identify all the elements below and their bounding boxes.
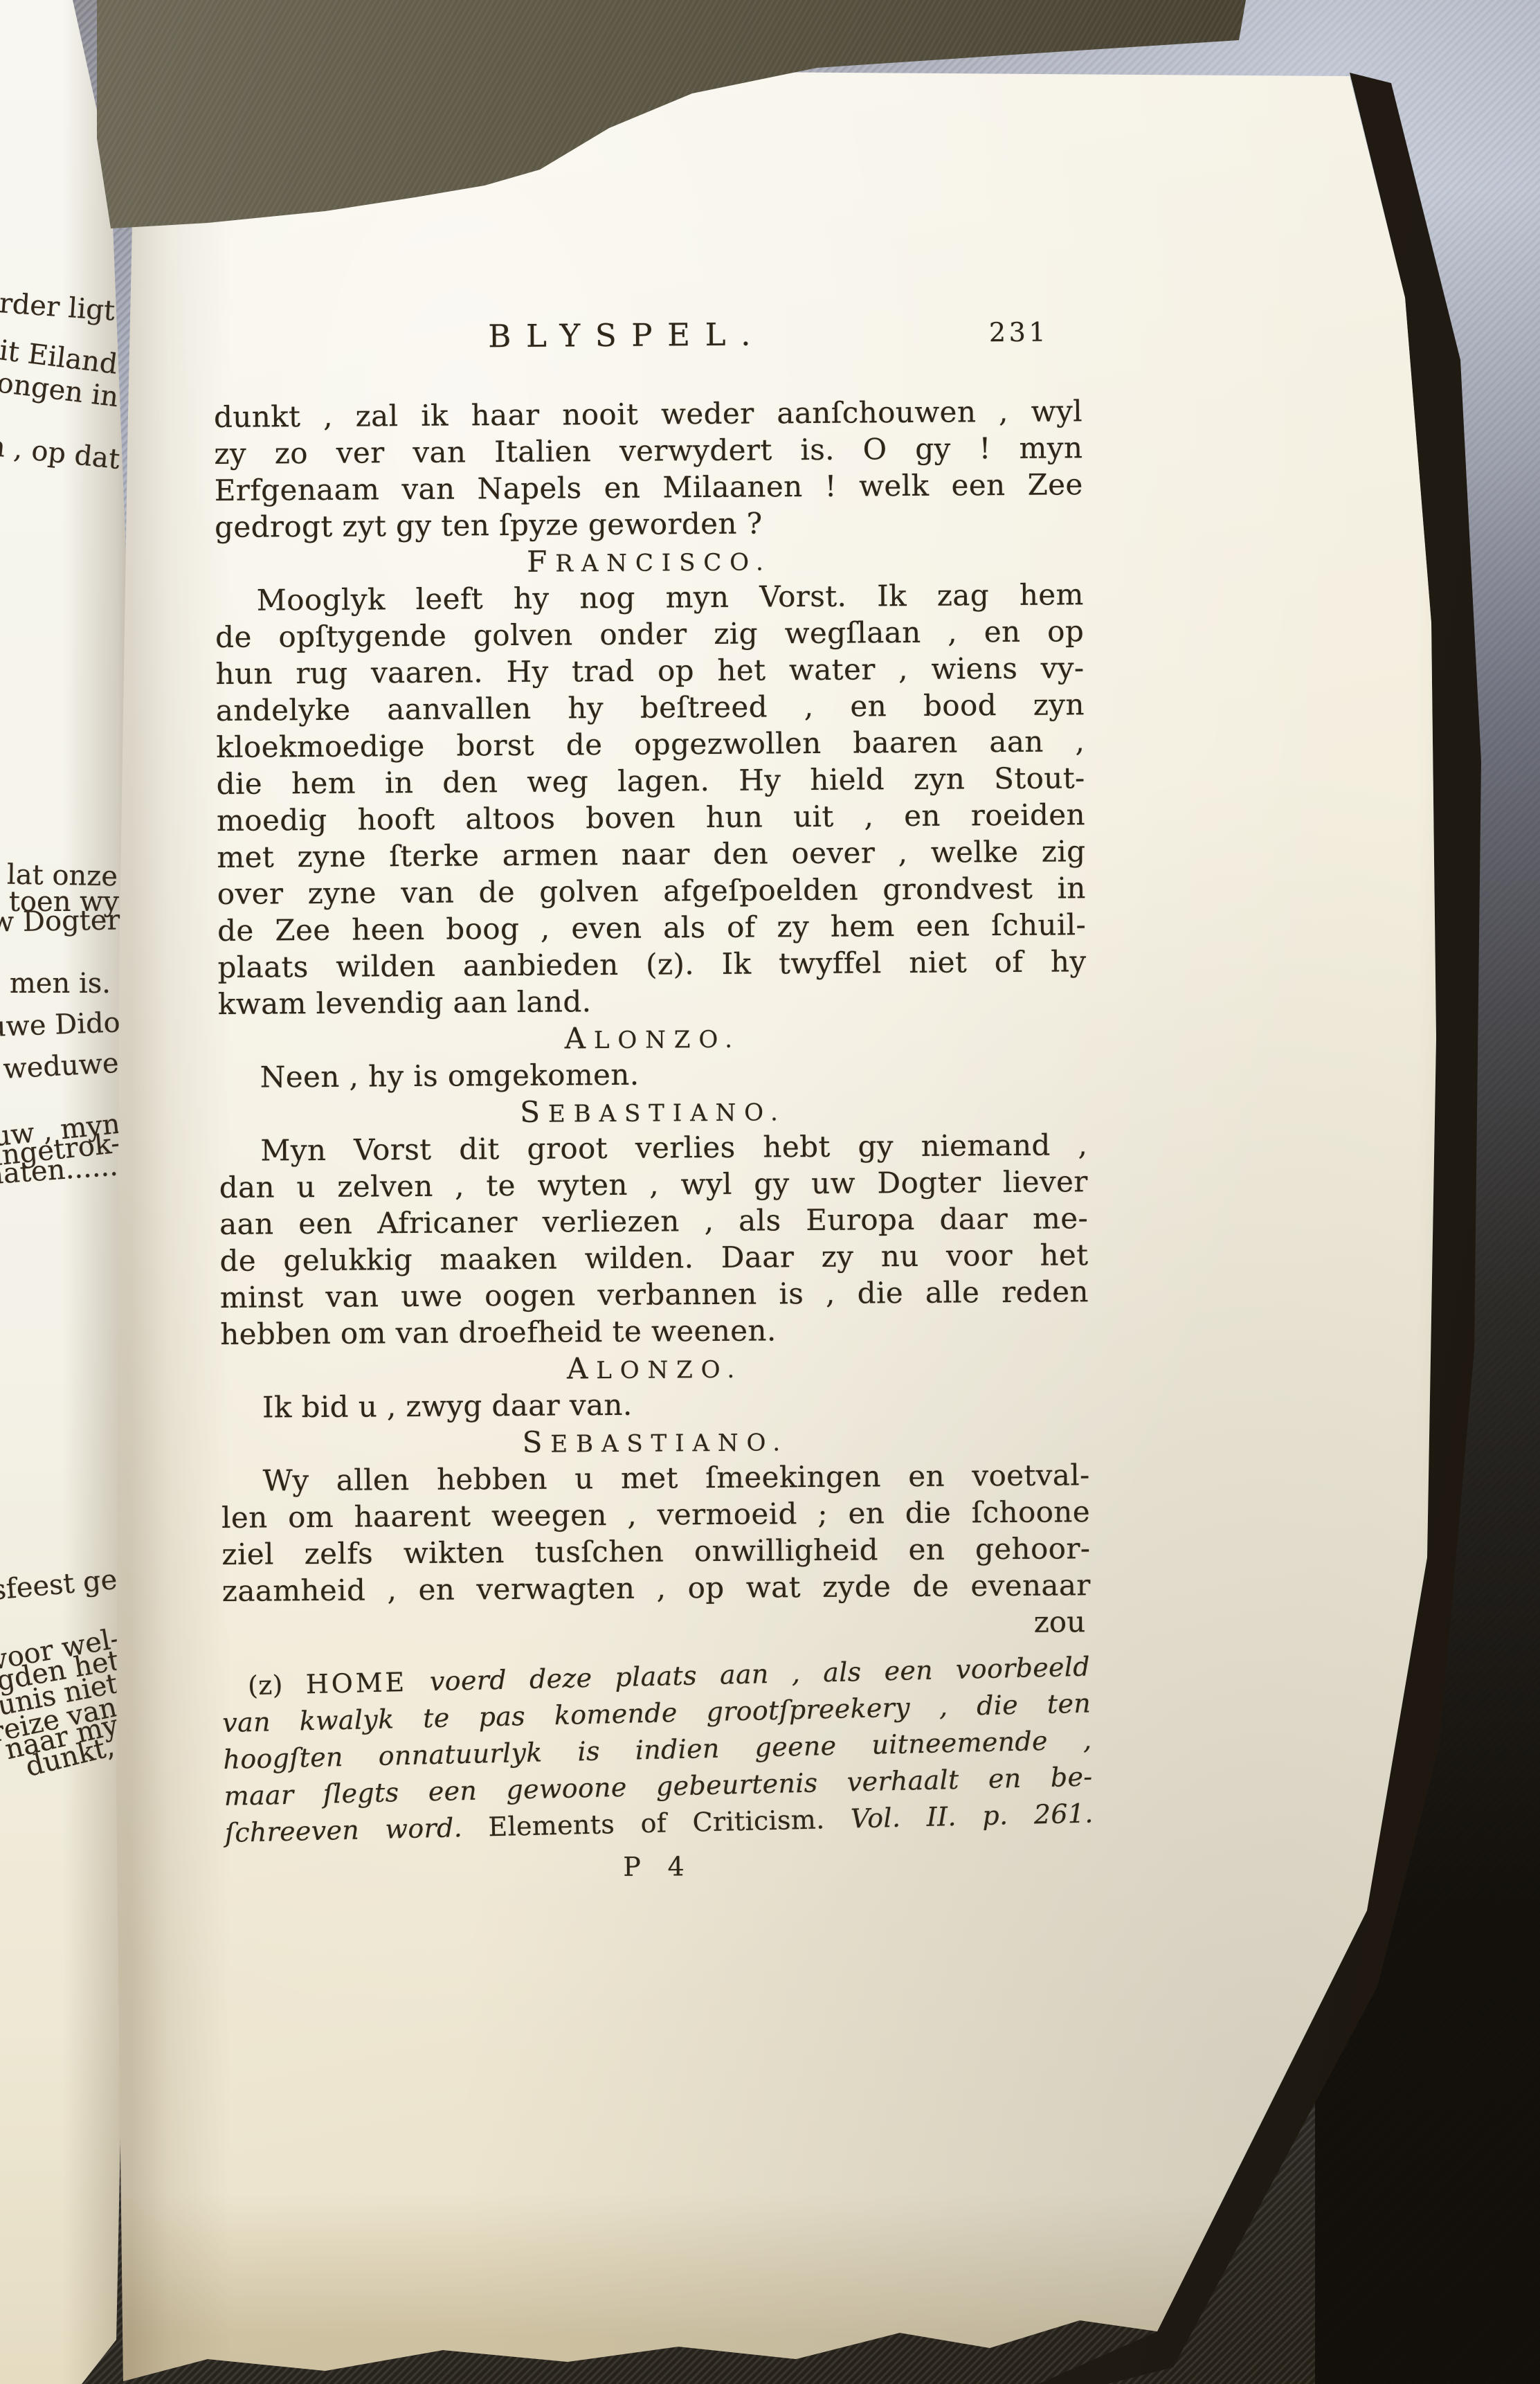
- left-page-text-fragment: w Dogter: [0, 904, 120, 938]
- text-line: gedrogt zyt gy ten ſpyze geworden ?: [215, 503, 1083, 545]
- footnote-roman-text: (z): [248, 1669, 307, 1701]
- page-text-block: BLYSPEL. 231 dunkt , zal ik haar nooit w…: [213, 314, 1093, 1888]
- text-line: dan u zelven , te wyten , wyl gy uw Dogt…: [219, 1163, 1088, 1206]
- signature-mark: P 4: [224, 1845, 1092, 1888]
- text-line: kloekmoedige borst de opgezwollen baaren…: [216, 723, 1085, 766]
- footnote-roman-text: Elements of Criticism.: [488, 1803, 851, 1842]
- text-line: andelyke aanvallen hy beſtreed , en bood…: [216, 686, 1085, 729]
- text-line: de Zee heen boog , even als of zy hem ee…: [217, 906, 1086, 949]
- left-page-edge: erder ligtdit Eilandjongen inen , op dat…: [0, 0, 138, 2384]
- left-page-text-fragment: , weduwe: [0, 1047, 120, 1086]
- text-line: de opſtygende golven onder zig wegſlaan …: [215, 613, 1084, 656]
- text-line: len om haarent weegen , vermoeid ; en di…: [221, 1493, 1090, 1536]
- text-line: de gelukkig maaken wilden. Daar zy nu vo…: [219, 1236, 1088, 1279]
- running-title: BLYSPEL.: [192, 314, 1061, 356]
- text-line: aan een Africaner verliezen , als Europa…: [219, 1200, 1088, 1243]
- text-line: hebben om van droefheid te weenen.: [220, 1310, 1089, 1353]
- left-page-text-fragment: men is.: [10, 968, 111, 1000]
- text-line: Mooglyk leeft hy nog myn Vorst. Ik zag h…: [215, 576, 1084, 619]
- page-header: BLYSPEL. 231: [213, 314, 1082, 356]
- text-line: Neen , hy is omgekomen.: [218, 1053, 1087, 1096]
- speaker-heading: Sebastiano.: [219, 1090, 1087, 1132]
- page-number: 231: [989, 317, 1049, 348]
- left-page-text-fragment: ksfeest ge: [0, 1564, 119, 1608]
- book-photo-scene: erder ligtdit Eilandjongen inen , op dat…: [0, 0, 1540, 2384]
- left-page-text-fragment: erder ligt: [0, 286, 116, 327]
- left-page-text-fragment: luwe Dido: [0, 1006, 121, 1043]
- text-line: zaamheid , en verwagten , op wat zyde de…: [222, 1566, 1091, 1609]
- text-line: kwam levendig aan land.: [218, 979, 1087, 1022]
- text-line: plaats wilden aanbieden (z). Ik twyffel …: [217, 943, 1086, 986]
- text-line: minst van uwe oogen verbannen is , die a…: [220, 1273, 1089, 1316]
- text-line: over zyne van de golven afgeſpoelden gro…: [217, 869, 1086, 912]
- text-line: Erfgenaam van Napels en Milaanen ! welk …: [215, 466, 1083, 509]
- right-page: BLYSPEL. 231 dunkt , zal ik haar nooit w…: [0, 0, 1540, 2384]
- text-line: met zyne ſterke armen naar den oever , w…: [217, 833, 1085, 876]
- catchword: zou: [222, 1603, 1091, 1646]
- footnote-italic-text: ſchreeven word.: [224, 1812, 489, 1848]
- text-line: zy zo ver van Italien verwydert is. O gy…: [214, 429, 1082, 472]
- text-line: hun rug vaaren. Hy trad op het water , w…: [215, 649, 1084, 692]
- footnote-smallcaps: HOME: [305, 1667, 407, 1699]
- text-line: Wy allen hebben u met ſmeekingen en voet…: [221, 1456, 1090, 1499]
- speaker-heading: Alonzo.: [220, 1346, 1089, 1389]
- speaker-heading: Alonzo.: [218, 1016, 1087, 1059]
- text-line: dunkt , zal ik haar nooit weder aanſchou…: [214, 392, 1082, 435]
- text-line: ziel zelfs wikten tusſchen onwilligheid …: [221, 1530, 1090, 1573]
- text-line: moedig hooft altoos boven hun uit , en r…: [217, 796, 1085, 839]
- left-page-text-fragment: en , op dat: [0, 428, 122, 476]
- footnote: (z) HOME voerd deze plaats aan , als een…: [221, 1649, 1094, 1852]
- speaker-heading: Francisco.: [215, 539, 1083, 582]
- text-line: Myn Vorst dit groot verlies hebt gy niem…: [219, 1126, 1087, 1169]
- dialogue-text: dunkt , zal ik haar nooit weder aanſchou…: [214, 392, 1091, 1646]
- text-line: Ik bid u , zwyg daar van.: [221, 1383, 1089, 1426]
- text-line: die hem in den weg lagen. Hy hield zyn S…: [216, 759, 1085, 802]
- speaker-heading: Sebastiano.: [221, 1420, 1089, 1463]
- footnote-italic-text: Vol. II. p. 261.: [850, 1798, 1094, 1834]
